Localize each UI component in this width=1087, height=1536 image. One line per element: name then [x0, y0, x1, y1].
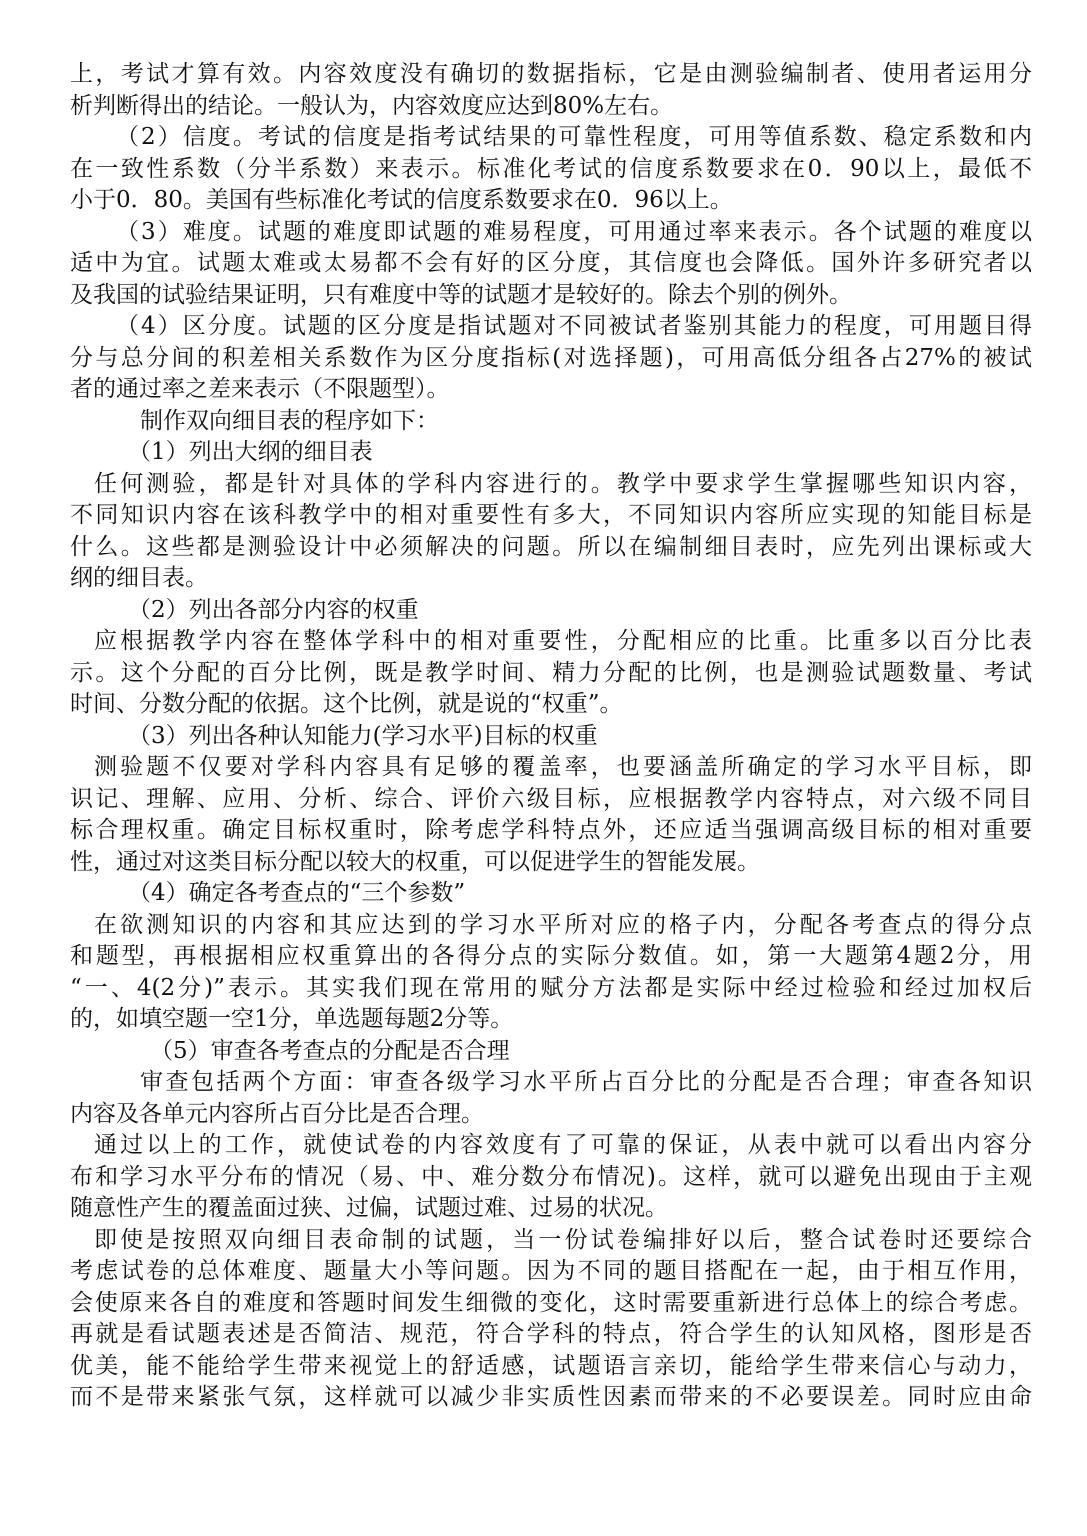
text-line: （2）信度。考试的信度是指考试结果的可靠性程度，可用等值系数、稳定系数和内: [70, 122, 1032, 154]
text-line: 示。这个分配的百分比例，既是教学时间、精力分配的比例，也是测验试题数量、考试: [70, 658, 1032, 690]
text-line: （4）区分度。试题的区分度是指试题对不同被试者鉴别其能力的程度，可用题目得: [70, 311, 1032, 343]
text-line: 随意性产生的覆盖面过狭、过偏，试题过难、过易的状况。: [70, 1193, 1032, 1225]
text-line: 适中为宜。试题太难或太易都不会有好的区分度，其信度也会降低。国外许多研究者以: [70, 248, 1032, 280]
text-line: （1）列出大纲的细目表: [70, 437, 1032, 469]
text-line: 及我国的试验结果证明，只有难度中等的试题才是较好的。除去个别的例外。: [70, 280, 1032, 312]
text-line: 内容及各单元内容所占百分比是否合理。: [70, 1099, 1032, 1131]
text-line: “一、4(2分)”表示。其实我们现在常用的赋分方法都是实际中经过检验和经过加权后: [70, 973, 1032, 1005]
text-line: 通过以上的工作，就使试卷的内容效度有了可靠的保证，从表中就可以看出内容分: [70, 1130, 1032, 1162]
text-line: （4）确定各考查点的“三个参数”: [70, 878, 1032, 910]
text-line: 析判断得出的结论。一般认为，内容效度应达到80%左右。: [70, 91, 1032, 123]
text-line: 标合理权重。确定目标权重时，除考虑学科特点外，还应适当强调高级目标的相对重要: [70, 815, 1032, 847]
text-line: （5）审查各考查点的分配是否合理: [70, 1036, 1032, 1068]
text-line: 上，考试才算有效。内容效度没有确切的数据指标，它是由测验编制者、使用者运用分: [70, 59, 1032, 91]
text-line: 分与总分间的积差相关系数作为区分度指标(对选择题)，可用高低分组各占27%的被试: [70, 343, 1032, 375]
text-line: 优美，能不能给学生带来视觉上的舒适感，试题语言亲切，能给学生带来信心与动力，: [70, 1351, 1032, 1383]
text-line: 应根据教学内容在整体学科中的相对重要性，分配相应的比重。比重多以百分比表: [70, 626, 1032, 658]
text-line: 再就是看试题表述是否简洁、规范，符合学科的特点，符合学生的认知风格，图形是否: [70, 1319, 1032, 1351]
text-line: 什么。这些都是测验设计中必须解决的问题。所以在编制细目表时，应先列出课标或大: [70, 532, 1032, 564]
text-line: 者的通过率之差来表示（不限题型）。: [70, 374, 1032, 406]
document-page: 上，考试才算有效。内容效度没有确切的数据指标，它是由测验编制者、使用者运用分析判…: [70, 59, 1032, 1414]
text-line: 在一致性系数（分半系数）来表示。标准化考试的信度系数要求在0．90以上，最低不: [70, 154, 1032, 186]
text-line: 测验题不仅要对学科内容具有足够的覆盖率，也要涵盖所确定的学习水平目标，即: [70, 752, 1032, 784]
text-line: 会使原来各自的难度和答题时间发生细微的变化，这时需要重新进行总体上的综合考虑。: [70, 1288, 1032, 1320]
text-line: 即使是按照双向细目表命制的试题，当一份试卷编排好以后，整合试卷时还要综合: [70, 1225, 1032, 1257]
text-line: 时间、分数分配的依据。这个比例，就是说的“权重”。: [70, 689, 1032, 721]
text-line: （2）列出各部分内容的权重: [70, 595, 1032, 627]
text-line: 识记、理解、应用、分析、综合、评价六级目标，应根据教学内容特点，对六级不同目: [70, 784, 1032, 816]
text-line: 纲的细目表。: [70, 563, 1032, 595]
text-line: 不同知识内容在该科教学中的相对重要性有多大，不同知识内容所应实现的知能目标是: [70, 500, 1032, 532]
text-line: 的，如填空题一空1分，单选题每题2分等。: [70, 1004, 1032, 1036]
text-line: 布和学习水平分布的情况（易、中、难分数分布情况)。这样，就可以避免出现由于主观: [70, 1162, 1032, 1194]
text-line: 任何测验，都是针对具体的学科内容进行的。教学中要求学生掌握哪些知识内容，: [70, 469, 1032, 501]
text-line: 审查包括两个方面：审查各级学习水平所占百分比的分配是否合理；审查各知识: [70, 1067, 1032, 1099]
text-line: 制作双向细目表的程序如下：: [70, 406, 1032, 438]
text-line: 性，通过对这类目标分配以较大的权重，可以促进学生的智能发展。: [70, 847, 1032, 879]
text-line: 在欲测知识的内容和其应达到的学习水平所对应的格子内，分配各考查点的得分点: [70, 910, 1032, 942]
text-line: 而不是带来紧张气氛，这样就可以减少非实质性因素而带来的不必要误差。同时应由命: [70, 1382, 1032, 1414]
text-line: （3）列出各种认知能力(学习水平)目标的权重: [70, 721, 1032, 753]
text-line: 考虑试卷的总体难度、题量大小等问题。因为不同的题目搭配在一起，由于相互作用，: [70, 1256, 1032, 1288]
text-line: （3）难度。试题的难度即试题的难易程度，可用通过率来表示。各个试题的难度以: [70, 217, 1032, 249]
text-line: 小于0．80。美国有些标准化考试的信度系数要求在0．96以上。: [70, 185, 1032, 217]
text-line: 和题型，再根据相应权重算出的各得分点的实际分数值。如，第一大题第4题2分，用: [70, 941, 1032, 973]
